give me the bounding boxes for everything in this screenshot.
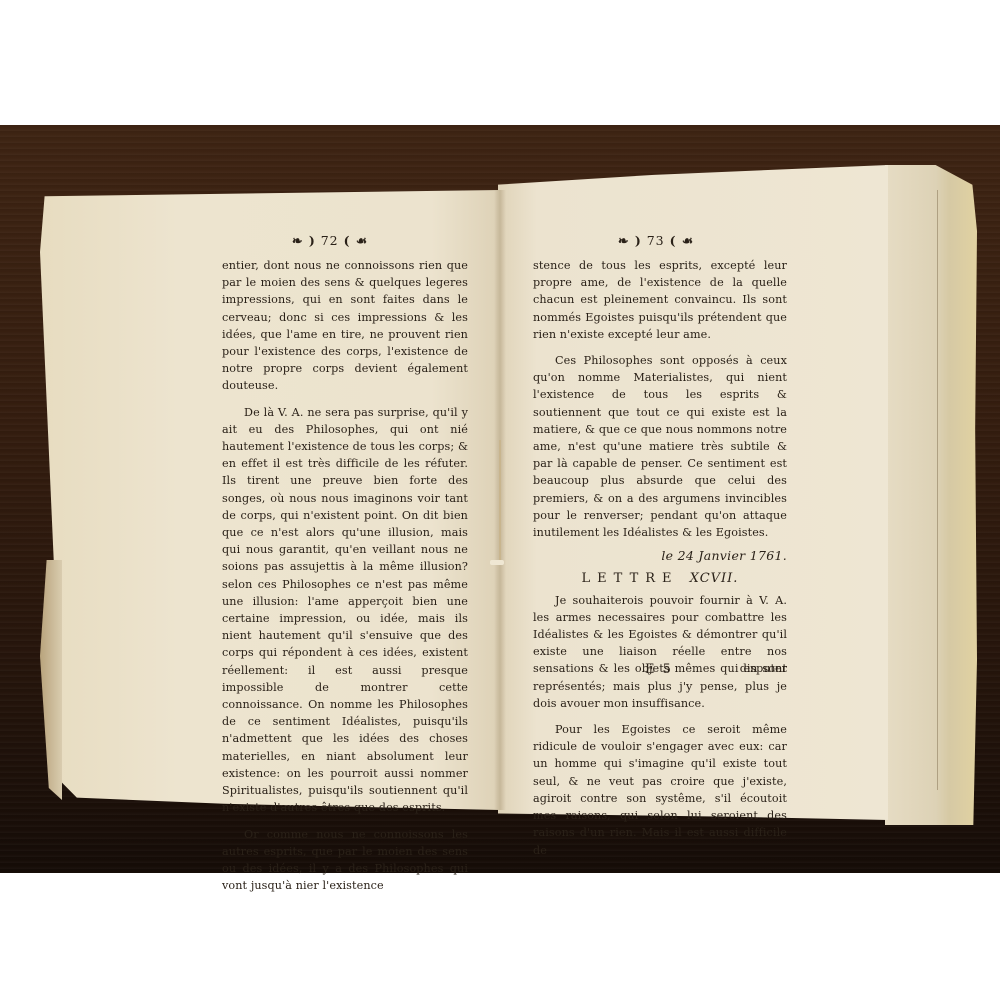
paragraph: stence de tous les esprits, excepté leur… [533,257,787,343]
letter-date: le 24 Janvier 1761. [533,547,787,564]
signature-mark: E 5 [645,662,673,677]
left-page-header: ❧ ) 72 ( ☙ [292,233,368,248]
right-page-text: stence de tous les esprits, excepté leur… [533,257,787,859]
page-stack-crease [937,190,938,790]
left-page-text: entier, dont nous ne connoissons rien qu… [222,257,468,894]
paragraph: De là V. A. ne sera pas surprise, qu'il … [222,404,468,817]
paragraph: Or comme nous ne connoissons les autres … [222,826,468,895]
page-stack-edge [885,165,977,825]
paragraph: Ces Philosophes sont opposés à ceux qu'o… [533,352,787,541]
catchword: disputer [740,662,787,675]
binding-thread [499,440,501,560]
ornament-right-icon: ( ☙ [670,233,694,248]
letter-number: XCVII. [690,571,739,586]
ornament-left-icon: ❧ ) [292,233,316,248]
right-page-header: ❧ ) 73 ( ☙ [618,233,694,248]
page-number-right: 73 [647,233,665,248]
binding-thread-knot [490,560,504,565]
letter-heading: LETTRE XCVII. [533,570,787,587]
ornament-right-icon: ( ☙ [344,233,368,248]
letter-heading-word: LETTRE [582,571,679,586]
paragraph: Pour les Egoistes ce seroit même ridicul… [533,721,787,859]
page-number-left: 72 [321,233,339,248]
ornament-left-icon: ❧ ) [618,233,642,248]
paragraph: Je souhaiterois pouvoir fournir à V. A. … [533,592,787,712]
paragraph: entier, dont nous ne connoissons rien qu… [222,257,468,395]
